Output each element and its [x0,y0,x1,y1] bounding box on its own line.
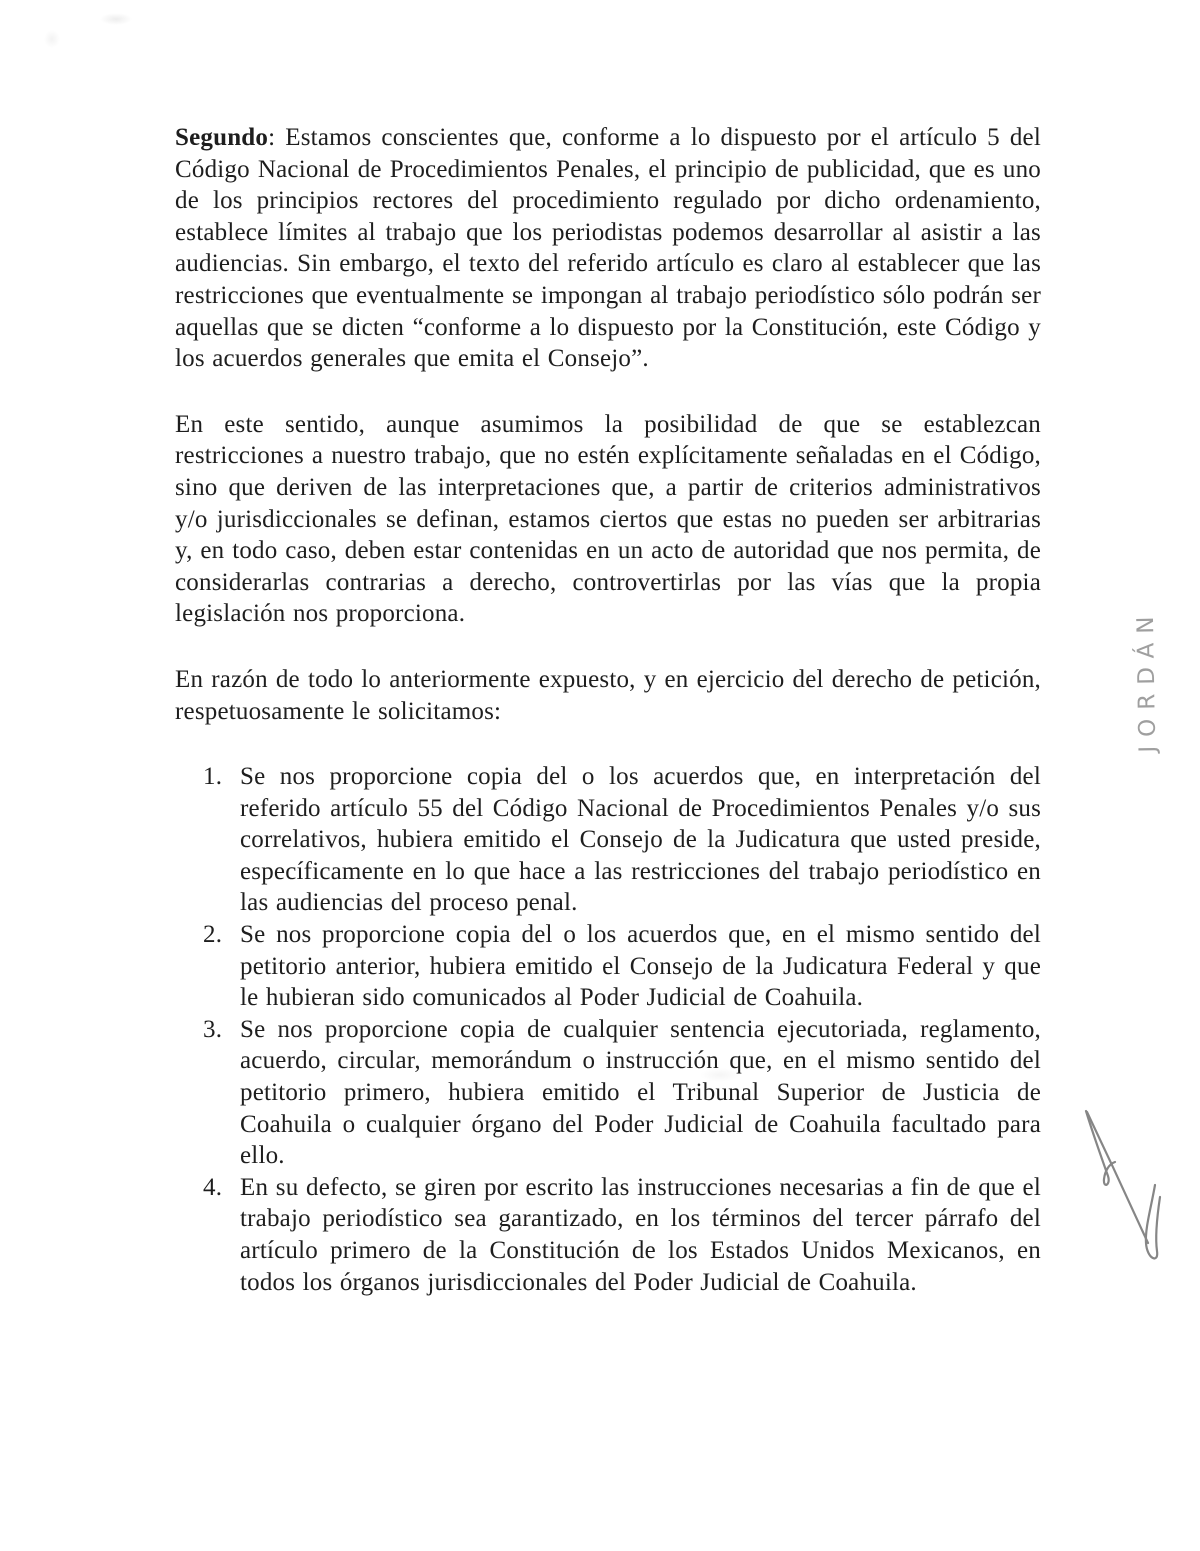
handwritten-flourish-mark [1060,1080,1200,1280]
petition-item-1: 1. Se nos proporcione copia del o los ac… [203,761,1041,919]
petition-number: 1. [203,761,222,793]
petition-number: 4. [203,1172,222,1204]
petition-text: En su defecto, se giren por escrito las … [240,1174,1041,1296]
petition-number: 2. [203,919,222,951]
scan-smudge [44,30,60,48]
document-page: Segundo: Estamos conscientes que, confor… [0,0,1200,1551]
paragraph-segundo: Segundo: Estamos conscientes que, confor… [175,122,1041,375]
scan-smudge [100,13,132,25]
petition-item-2: 2. Se nos proporcione copia del o los ac… [203,919,1041,1014]
letter-body: Segundo: Estamos conscientes que, confor… [175,122,1041,1298]
paragraph-segundo-text: : Estamos conscientes que, conforme a lo… [175,124,1041,372]
petition-list: 1. Se nos proporcione copia del o los ac… [203,761,1041,1298]
petition-item-4: 4. En su defecto, se giren por escrito l… [203,1172,1041,1298]
handwritten-name-annotation: JORDÁN [1132,592,1167,769]
petition-item-3: 3. Se nos proporcione copia de cualquier… [203,1014,1041,1172]
petition-text: Se nos proporcione copia de cualquier se… [240,1016,1041,1169]
petition-text: Se nos proporcione copia del o los acuer… [240,921,1041,1011]
petition-text: Se nos proporcione copia del o los acuer… [240,763,1041,916]
paragraph-en-este-sentido: En este sentido, aunque asumimos la posi… [175,409,1041,630]
paragraph-segundo-lead: Segundo [175,124,268,151]
petition-number: 3. [203,1014,222,1046]
paragraph-en-razon: En razón de todo lo anteriormente expues… [175,664,1041,727]
